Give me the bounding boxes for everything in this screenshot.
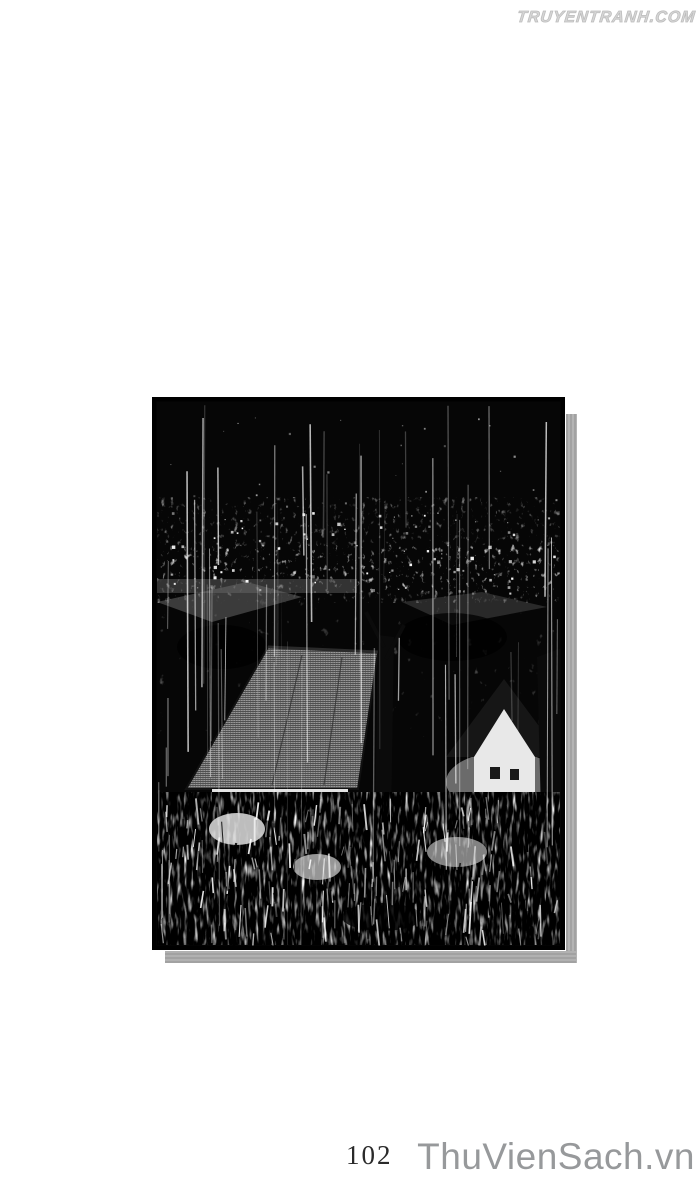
page-number: 102: [346, 1140, 393, 1171]
panel-shadow-bottom: [165, 951, 576, 963]
scanned-manga-page: TRUYENTRANH.COM: [0, 0, 700, 1191]
manga-panel: [152, 397, 565, 950]
panel-shadow-right: [566, 414, 577, 963]
panel-artwork: [152, 397, 565, 950]
watermark-truyentranh: TRUYENTRANH.COM: [517, 9, 697, 27]
foreground-grass: [157, 792, 560, 946]
watermark-thuviensach: ThuVienSach.vn: [417, 1136, 695, 1178]
